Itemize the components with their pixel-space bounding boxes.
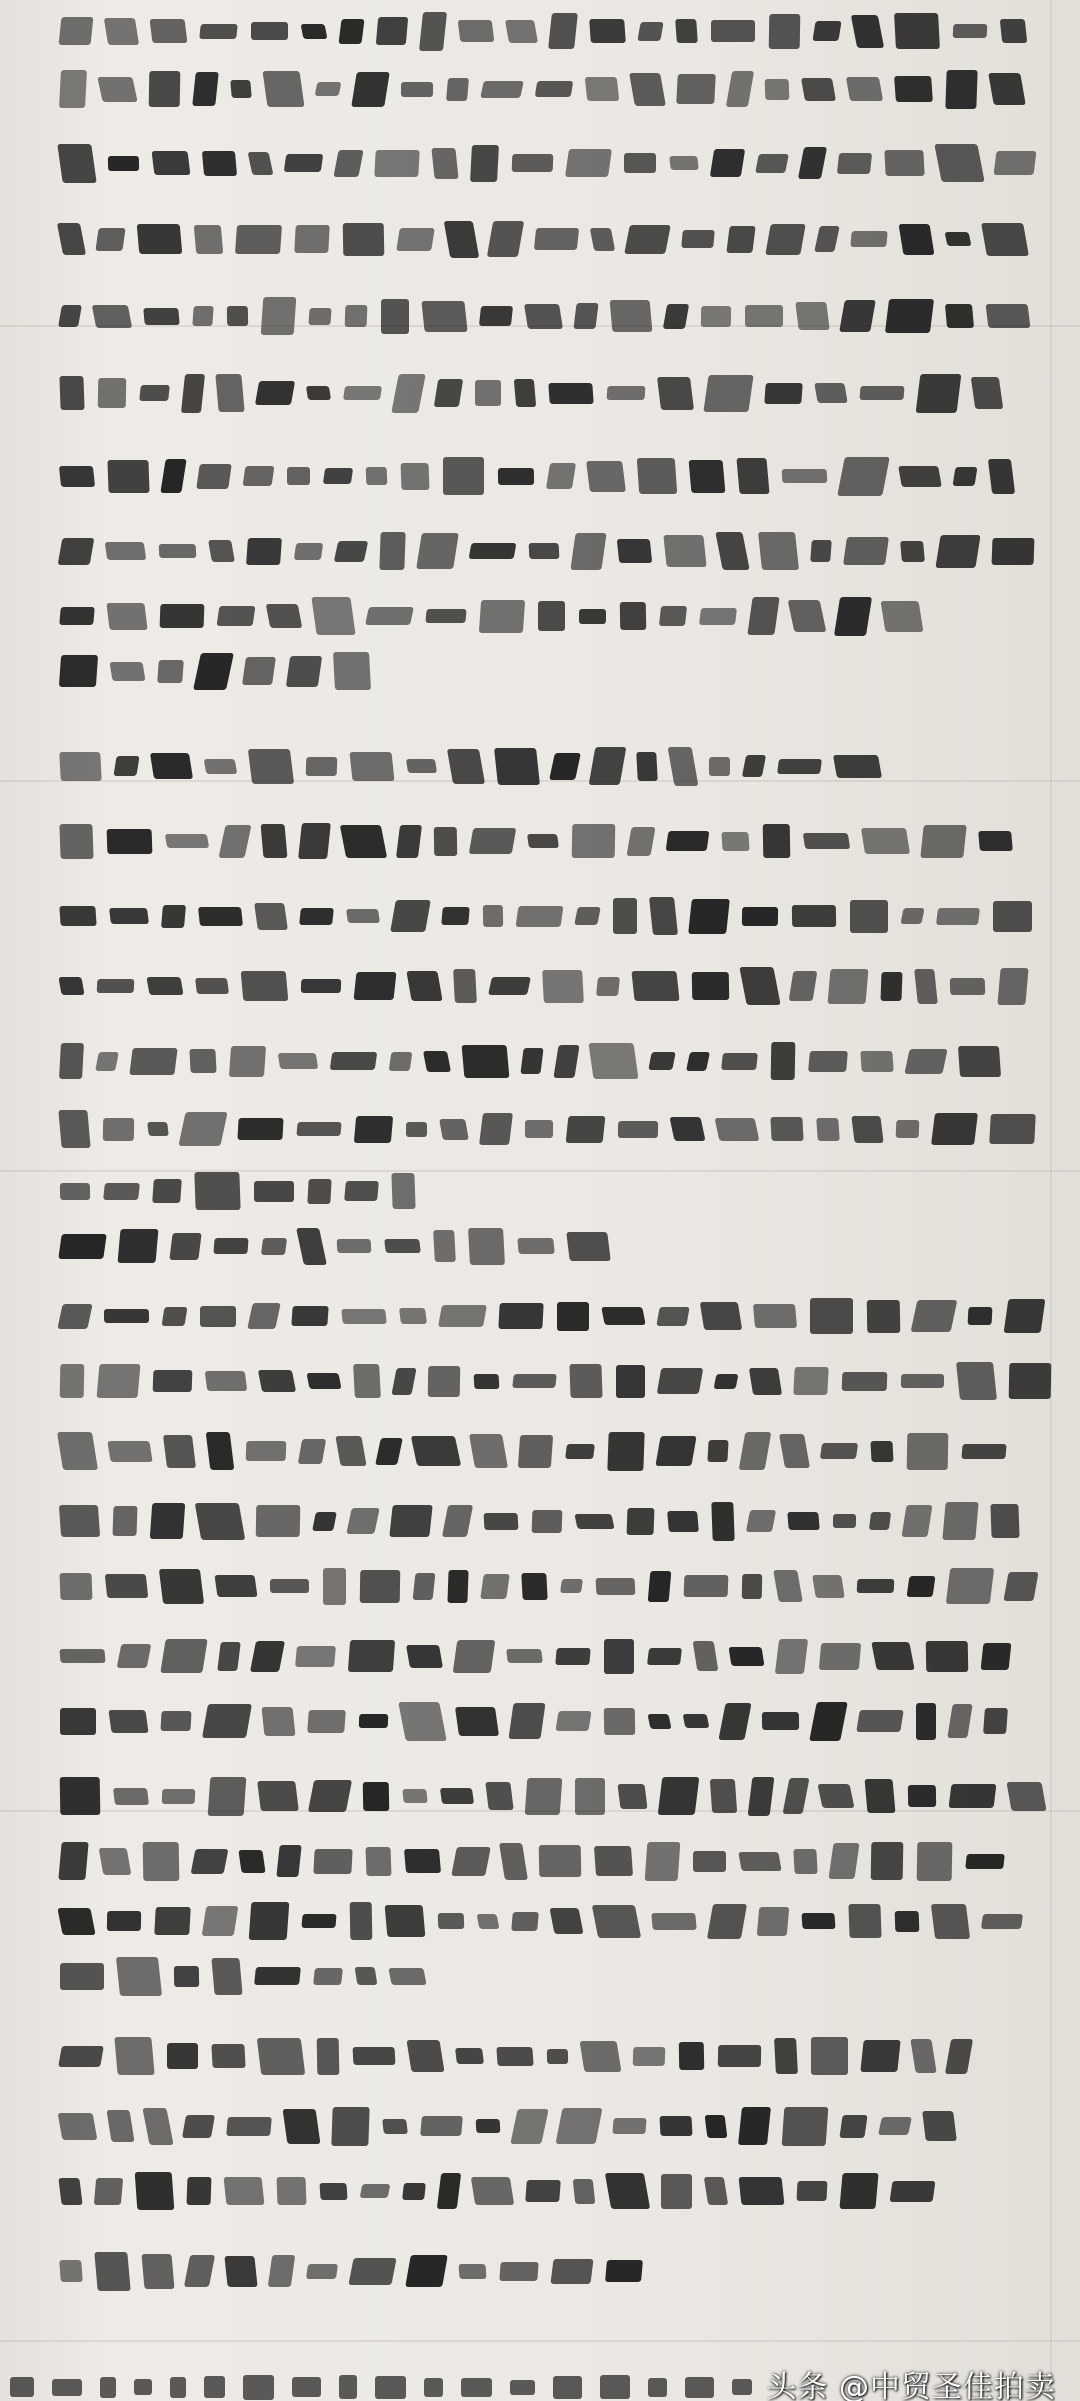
ink-character [160,1639,207,1673]
ink-character [488,977,531,995]
ink-character [246,538,282,565]
ink-character [348,1640,395,1672]
ink-character [307,1710,346,1733]
ink-character [375,1438,403,1465]
ink-character [981,223,1029,256]
ink-character [499,1843,528,1880]
ink-character [884,150,924,176]
ink-character [524,304,563,329]
ink-character [860,386,905,400]
ink-character [616,1365,645,1398]
ink-character [438,1305,487,1327]
ink-character [659,606,687,626]
calligraphy-line [60,1633,1010,1679]
ink-character [165,834,209,848]
calligraphy-line [60,593,921,639]
ink-character [107,829,153,854]
ink-character [624,225,671,254]
ink-character [58,1234,107,1259]
ink-character [675,19,698,43]
ink-character [953,24,988,38]
calligraphy-line [60,1563,1036,1609]
ink-character [306,2264,338,2279]
ink-character [655,1436,696,1466]
ink-character [917,1842,953,1881]
ink-character [566,1116,606,1143]
ink-character [935,535,980,568]
ink-character [423,1051,451,1072]
ink-character [217,606,256,626]
ink-character [857,1579,895,1593]
ink-character [814,226,840,252]
ink-character [681,230,715,248]
calligraphy-line [60,2248,642,2294]
ink-character [742,1574,762,1599]
ink-character [707,1440,728,1462]
ink-character [266,604,303,628]
ink-character [965,1854,1005,1869]
ink-character [365,1847,391,1876]
ink-character [421,301,467,332]
ink-character [604,1639,634,1674]
ink-character [846,77,883,101]
ink-character [901,1505,932,1537]
ink-character [298,823,331,859]
calligraphy-line [60,1293,1043,1339]
ink-character [539,1845,582,1877]
ink-character [894,13,940,49]
ink-character [499,2262,538,2281]
ink-character [58,977,84,995]
ink-character [469,1434,508,1468]
ink-character [268,2255,295,2287]
ink-character [1003,1572,1038,1601]
ink-character [920,825,966,858]
ink-character [306,1373,341,1389]
ink-character [202,1704,252,1738]
ink-character [739,2177,785,2205]
ink-character [517,1238,554,1254]
ink-character [447,749,485,784]
ink-character [451,1847,491,1876]
ink-character [100,2377,116,2398]
ink-character [589,747,627,785]
ink-character [360,2184,391,2198]
ink-character [914,969,938,1004]
ink-character [738,1852,781,1871]
ink-character [1004,1299,1046,1333]
ink-character [308,308,331,325]
ink-character [773,1570,803,1602]
ink-character [59,1649,105,1663]
ink-character [187,2177,212,2205]
ink-character [851,15,884,48]
calligraphy-line [60,1106,1035,1152]
ink-character [511,1912,539,1931]
ink-character [59,1505,100,1537]
ink-character [60,1708,96,1735]
calligraphy-line [60,963,1027,1009]
ink-character [535,81,574,97]
ink-character [657,1368,704,1394]
ink-character [189,1049,216,1073]
ink-character [569,1364,602,1398]
ink-character [819,1643,861,1670]
ink-character [596,977,620,996]
ink-character [777,759,822,774]
ink-character [742,907,778,926]
ink-character [406,1645,443,1668]
ink-character [739,967,780,1005]
ink-character [692,972,729,1000]
ink-character [916,374,962,413]
ink-character [301,979,341,993]
ink-character [348,2258,396,2285]
ink-character [592,1905,641,1938]
ink-character [382,2119,408,2134]
ink-character [247,1303,281,1329]
ink-character [270,1579,309,1593]
ink-character [801,1913,835,1929]
ink-character [103,1183,140,1200]
ink-character [869,1512,891,1530]
ink-character [607,1432,644,1471]
ink-character [728,1647,764,1666]
ink-character [945,232,972,246]
ink-character [192,72,219,106]
ink-character [726,226,755,253]
ink-character [346,1508,380,1534]
ink-character [496,2047,533,2066]
calligraphy-line [60,1953,425,1999]
ink-character [402,1789,427,1803]
ink-character [286,656,322,687]
ink-character [360,1570,401,1603]
ink-character [224,2177,265,2205]
calligraphy-line [60,1223,609,1269]
ink-character [349,752,394,781]
ink-character [1006,1782,1046,1811]
ink-character [469,543,517,559]
ink-character [317,2038,340,2075]
ink-character [198,907,243,926]
ink-character [406,759,437,773]
ink-character [600,2375,630,2399]
ink-character [139,385,170,401]
ink-character [205,1371,247,1391]
ink-character [425,609,466,623]
ink-character [992,538,1035,565]
ink-character [379,532,405,570]
ink-character [296,1122,341,1136]
ink-character [850,900,888,933]
ink-character [431,148,458,179]
calligraphy-line [60,743,880,789]
ink-character [242,657,276,685]
ink-character [798,147,827,179]
ink-character [202,1906,239,1936]
ink-character [468,1228,505,1265]
ink-character [546,463,576,489]
ink-character [647,1714,671,1729]
ink-character [605,2260,643,2282]
ink-character [942,1502,978,1540]
ink-character [424,2378,443,2397]
ink-character [59,906,96,926]
ink-character [860,1051,893,1072]
ink-character [612,2118,646,2134]
ink-character [313,1968,343,1985]
ink-character [257,2038,306,2075]
ink-character [510,2380,535,2395]
ink-character [479,306,513,326]
ink-character [890,2181,936,2202]
calligraphy-line [60,453,1013,499]
ink-character [961,1444,1006,1459]
ink-character [58,1842,88,1880]
ink-character [159,544,197,558]
ink-character [703,375,753,412]
calligraphy-line [60,1838,1004,1884]
ink-character [981,1914,1023,1929]
ink-character [248,749,294,784]
calligraphy-line [60,1898,1022,1944]
ink-character [934,144,984,182]
ink-character [747,597,779,635]
ink-character [667,1511,699,1532]
ink-character [498,1303,543,1329]
ink-character [881,601,924,632]
ink-character [904,1049,947,1074]
ink-character [57,1432,98,1470]
ink-character [994,151,1037,175]
ink-character [707,1904,747,1939]
ink-character [350,1902,373,1940]
ink-character [748,1777,775,1816]
ink-character [801,78,836,101]
ink-character [255,381,295,405]
ink-character [337,1239,372,1253]
ink-character [59,466,95,487]
ink-character [191,1849,229,1874]
ink-character [312,1512,337,1531]
ink-character [438,1913,465,1929]
ink-character [521,1573,547,1600]
ink-character [211,1958,242,1995]
ink-character [406,1122,427,1137]
ink-character [296,1228,327,1265]
ink-character [262,71,304,107]
ink-character [613,898,637,934]
ink-character [389,1505,432,1537]
ink-character [243,2375,274,2400]
ink-character [997,968,1028,1005]
ink-character [525,1778,563,1815]
ink-character [758,532,799,570]
ink-character [163,1435,196,1468]
ink-character [555,1648,590,1665]
ink-character [560,1579,583,1593]
calligraphy-line [60,648,370,694]
ink-character [649,897,678,935]
ink-character [645,1842,681,1881]
ink-character [143,1842,180,1881]
ink-character [160,604,205,628]
ink-character [141,2254,174,2289]
ink-character [514,379,536,407]
ink-character [105,1574,149,1598]
ink-character [396,825,422,858]
ink-character [637,22,663,41]
calligraphy-line [60,8,1026,54]
ink-character [812,1575,845,1598]
ink-character [142,2108,173,2145]
ink-character [106,603,147,630]
ink-character [898,466,942,487]
ink-character [97,979,135,993]
ink-character [152,1179,182,1203]
ink-character [401,463,430,490]
ink-character [298,1439,326,1464]
ink-character [534,228,579,250]
ink-character [952,467,977,486]
ink-character [60,1963,104,1990]
ink-character [406,2040,444,2072]
ink-character [865,1779,896,1813]
ink-character [867,1300,901,1333]
ink-character [658,1777,700,1815]
ink-character [406,971,442,1001]
ink-character [479,600,525,633]
ink-character [749,1368,782,1395]
ink-character [647,1648,682,1665]
ink-character [808,1051,848,1072]
ink-character [711,20,755,42]
ink-character [553,2376,582,2399]
ink-character [839,300,876,332]
ink-character [447,1570,468,1603]
calligraphy-line [60,1698,1007,1744]
ink-character [711,1502,734,1541]
ink-character [323,1568,346,1605]
ink-character [770,1117,803,1141]
ink-character [359,1714,388,1728]
ink-character [803,833,851,849]
ink-character [97,77,137,102]
ink-character [57,144,96,183]
paper-fold [0,2340,1080,2342]
ink-character [617,1784,647,1809]
ink-character [333,652,371,690]
ink-character [461,2378,492,2397]
ink-character [494,748,540,785]
ink-character [311,597,355,635]
ink-character [218,825,251,858]
ink-character [601,1307,645,1325]
ink-character [60,1183,90,1200]
ink-character [958,1046,1001,1077]
ink-character [570,533,606,570]
ink-character [792,905,836,927]
ink-character [254,903,288,930]
ink-character [810,540,832,562]
ink-character [596,1578,636,1595]
ink-character [947,1704,972,1738]
ink-character [753,1304,797,1328]
ink-character [261,1238,287,1255]
ink-character [92,305,132,328]
ink-character [439,1119,469,1140]
ink-character [512,1374,557,1388]
ink-character [843,537,889,565]
ink-character [57,1908,95,1935]
ink-character [137,224,183,254]
ink-character [769,14,801,49]
ink-character [926,1641,969,1672]
ink-character [112,1506,137,1536]
ink-character [715,1118,760,1141]
ink-character [399,1308,427,1324]
calligraphy-line [60,818,1012,864]
ink-character [586,461,626,492]
ink-character [129,1048,177,1075]
ink-character [59,824,93,859]
ink-character [301,1914,336,1928]
ink-character [739,1432,772,1470]
ink-character [161,905,186,928]
calligraphy-line [60,2103,955,2149]
ink-character [420,2116,463,2136]
ink-character [277,2177,307,2205]
ink-character [334,541,368,562]
ink-character [839,2173,878,2209]
ink-character [143,308,179,325]
ink-character [108,1710,148,1733]
ink-character [594,1846,633,1876]
ink-character [793,1367,828,1395]
ink-character [470,145,499,182]
ink-character [306,386,331,400]
ink-character [896,1120,920,1138]
ink-character [193,653,234,690]
ink-character [757,1907,790,1936]
ink-character [669,156,698,170]
ink-character [557,1302,589,1331]
ink-character [455,2048,484,2064]
ink-character [97,1364,141,1398]
ink-character [353,2047,396,2065]
ink-character [58,2178,82,2205]
ink-character [117,1644,152,1668]
ink-character [343,386,382,400]
ink-character [684,1575,729,1597]
calligraphy-line [60,893,1032,939]
ink-character [57,1304,92,1329]
ink-character [1000,19,1028,43]
ink-character [446,78,469,101]
ink-character [59,1043,84,1079]
ink-character [292,2377,321,2397]
ink-character [663,304,689,329]
ink-character [315,82,342,96]
ink-character [434,827,458,856]
ink-character [518,1435,553,1468]
ink-character [604,1708,635,1735]
ink-character [444,221,480,258]
ink-character [323,468,353,484]
ink-character [816,1118,840,1141]
ink-character [774,2038,798,2074]
